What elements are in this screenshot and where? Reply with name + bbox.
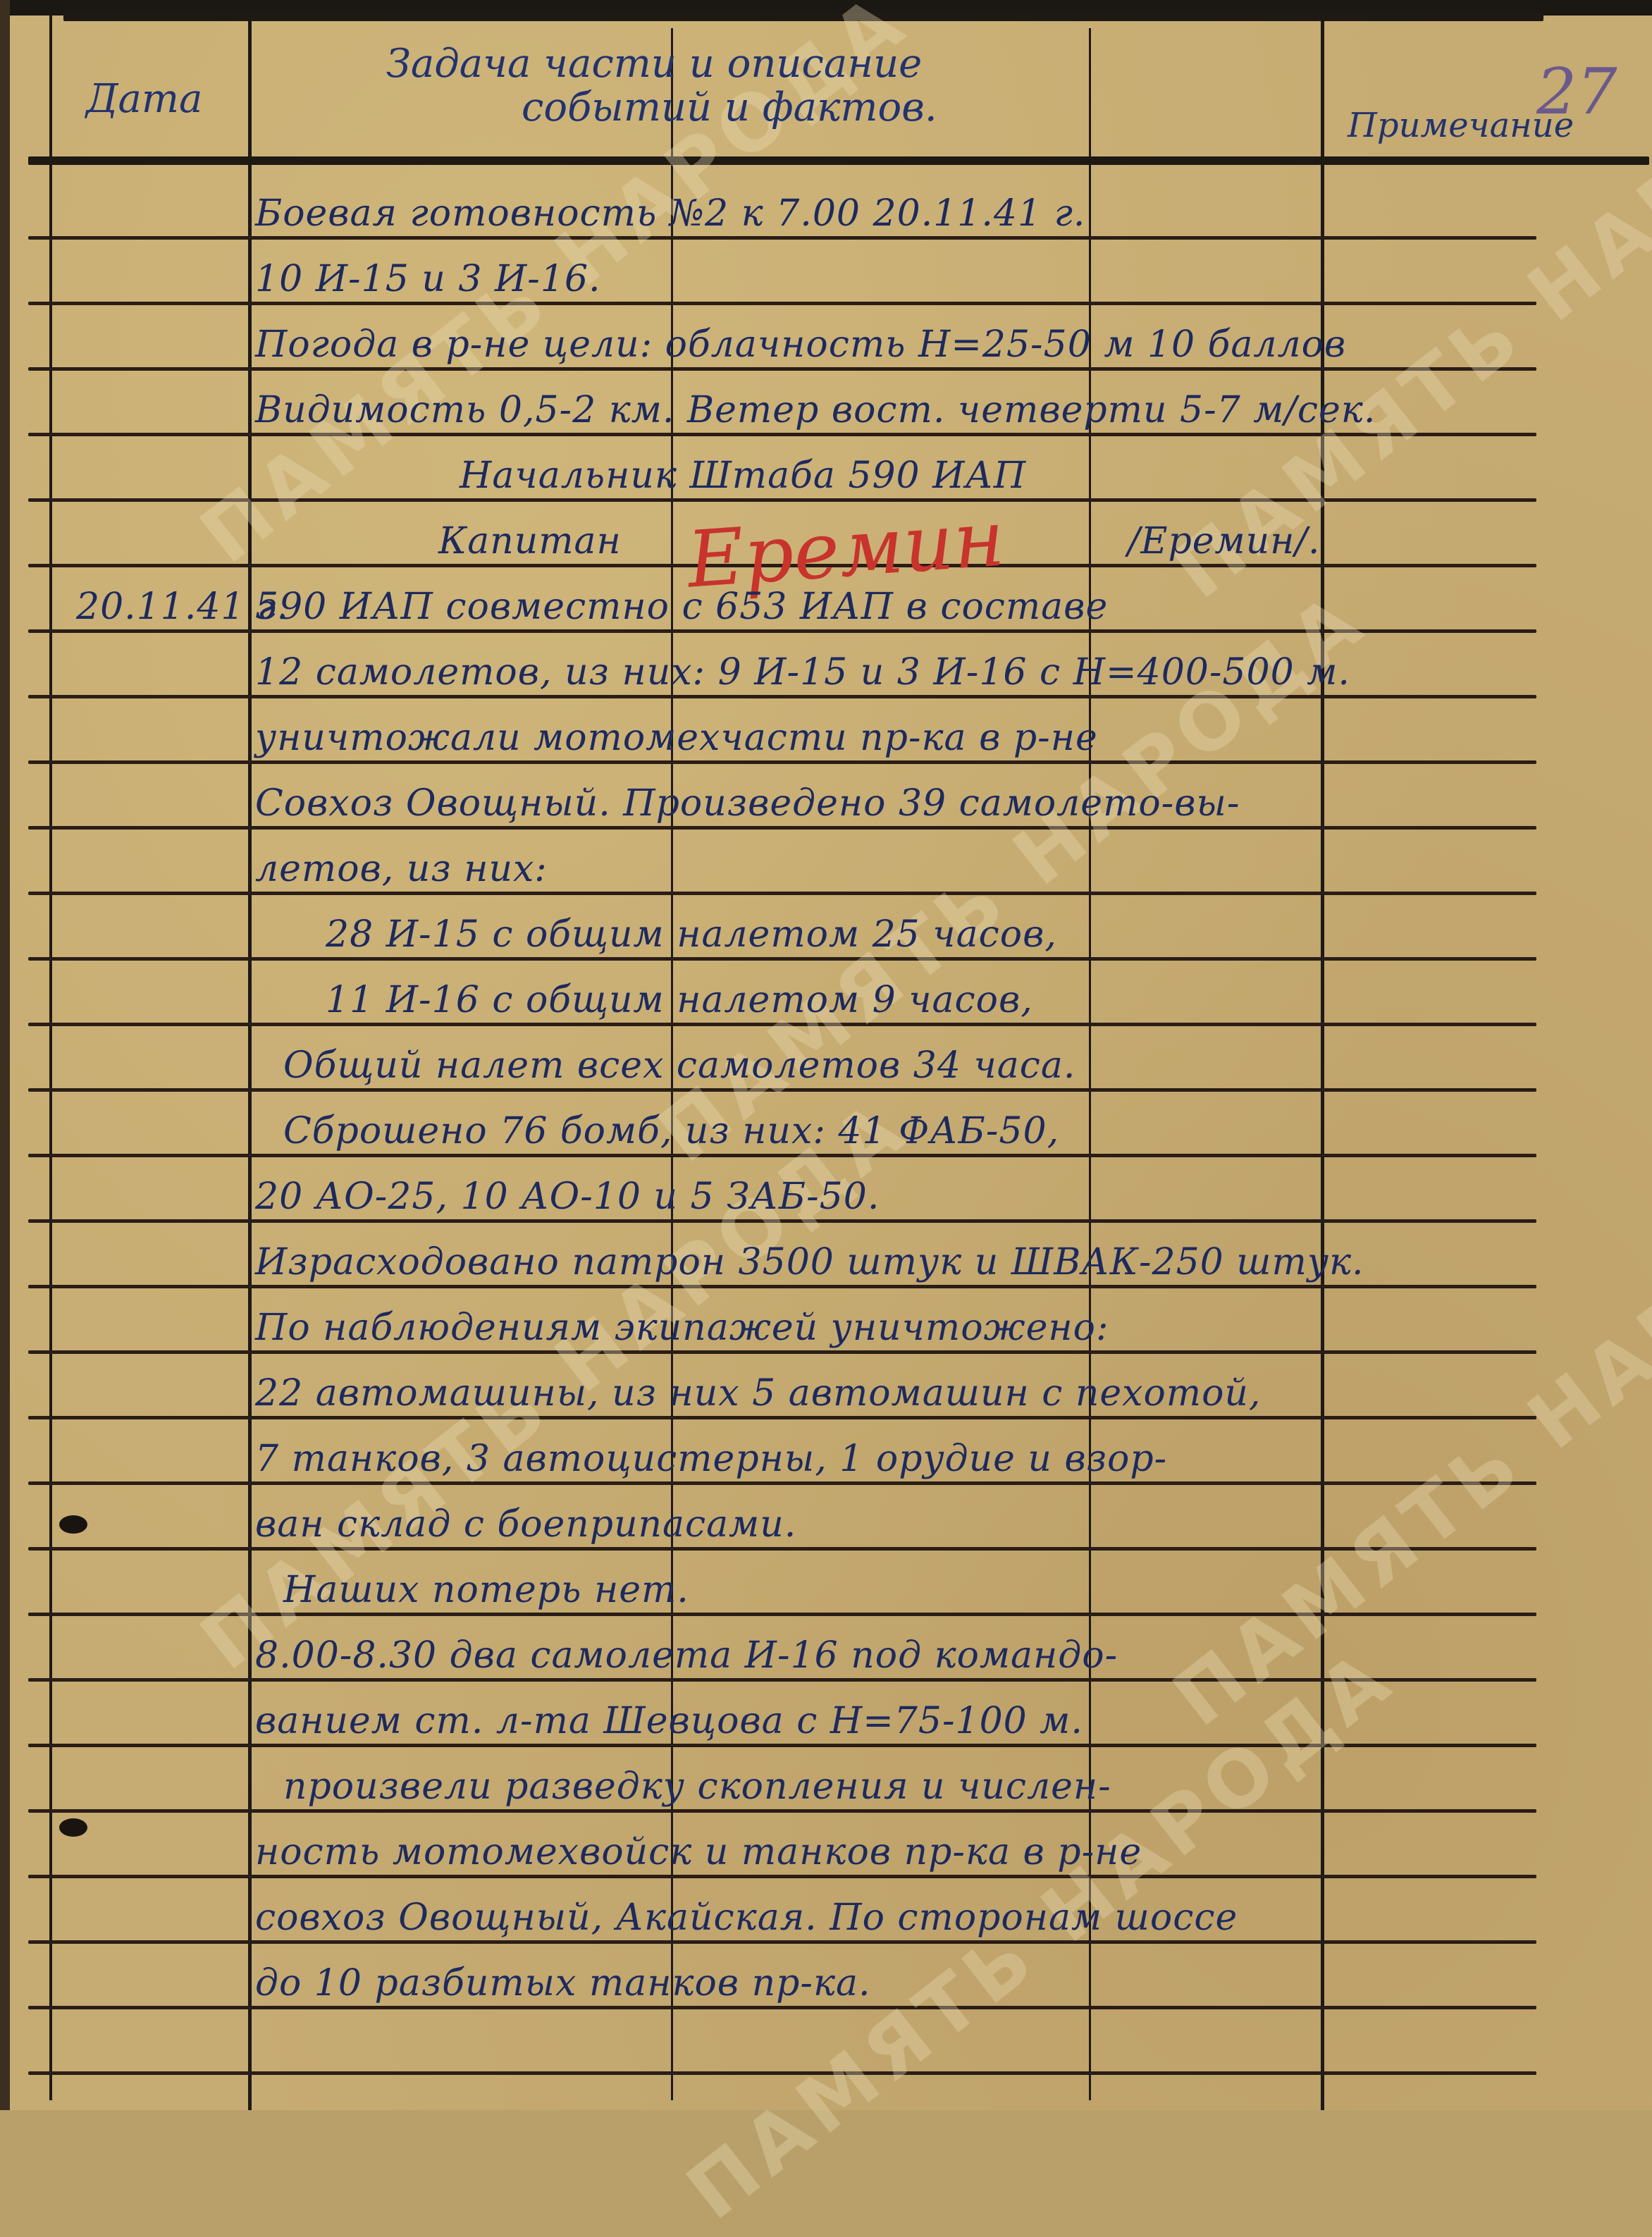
- ruled-line: [28, 1678, 1536, 1682]
- watermark: ПАМЯТЬ НАРОДА: [1157, 1138, 1652, 1744]
- ruled-line: [28, 1285, 1536, 1288]
- entry-text-line: до 10 разбитых танков пр-ка.: [255, 1962, 871, 2004]
- entry-text-line: 20 АО-25, 10 АО-10 и 5 ЗАБ-50.: [255, 1176, 880, 1218]
- entry-text-line: 12 самолетов, из них: 9 И-15 и 3 И-16 с …: [255, 651, 1350, 694]
- entry-text-line: Погода в р-не цели: облачность Н=25-50 м…: [255, 323, 1346, 366]
- entry-text-line: уничтожали мотомехчасти пр-ка в р-не: [255, 717, 1098, 759]
- ruled-line: [28, 367, 1536, 371]
- entry-text-line: Капитан: [438, 520, 622, 562]
- entry-text-line: совхоз Овощный, Акайская. По сторонам шо…: [255, 1897, 1238, 1939]
- ruled-line: [28, 1023, 1536, 1026]
- date-column-header: Дата: [86, 76, 202, 122]
- entry-text-line: Общий налет всех самолетов 34 часа.: [283, 1044, 1075, 1087]
- binding-hole: [59, 1515, 87, 1534]
- entry-text-line: Совхоз Овощный. Произведено 39 самолето-…: [255, 782, 1240, 825]
- entry-text-line: 7 танков, 3 автоцистерны, 1 орудие и взо…: [255, 1438, 1167, 1480]
- ruled-line: [28, 498, 1536, 502]
- ruled-line: [28, 236, 1536, 240]
- header-top-rule: [63, 13, 1543, 21]
- entry-text-line: 10 И-15 и 3 И-16.: [255, 258, 601, 300]
- entry-text-line: 8.00-8.30 два самолета И-16 под командо-: [255, 1634, 1118, 1677]
- margin-line: [49, 14, 52, 2100]
- ruled-line: [28, 1154, 1536, 1157]
- entry-text-line: Начальник Штаба 590 ИАП: [460, 455, 1026, 497]
- ruled-line: [28, 1481, 1536, 1485]
- ledger-page: ПАМЯТЬ НАРОДА ПАМЯТЬ НАРОДА ПАМЯТЬ НАРОД…: [0, 0, 1652, 2110]
- ruled-line: [28, 1613, 1536, 1616]
- entry-text-line: 22 автомашины, из них 5 автомашин с пехо…: [255, 1372, 1261, 1415]
- signer-name: /Еремин/.: [1128, 520, 1320, 562]
- date-column-divider: [248, 14, 252, 2110]
- ruled-line: [28, 1350, 1536, 1354]
- ruled-line: [28, 957, 1536, 961]
- entry-text-line: произвели разведку скопления и числен-: [283, 1765, 1111, 1808]
- entry-text-line: По наблюдениям экипажей уничтожено:: [255, 1307, 1109, 1349]
- entry-text-line: 28 И-15 с общим налетом 25 часов,: [326, 913, 1057, 956]
- entry-text-line: Израсходовано патрон 3500 штук и ШВАК-25…: [255, 1241, 1364, 1283]
- entry-text-line: летов, из них:: [255, 848, 548, 890]
- entry-text-line: 590 ИАП совместно с 653 ИАП в составе: [255, 586, 1108, 628]
- ruled-line: [28, 2071, 1536, 2075]
- ruled-line: [28, 302, 1536, 305]
- entry-text-line: Видимость 0,5-2 км. Ветер вост. четверти…: [255, 389, 1376, 431]
- ruled-line: [28, 433, 1536, 436]
- ruled-line: [28, 629, 1536, 633]
- ruled-line: [28, 1219, 1536, 1223]
- entry-text-line: ван склад с боеприпасами.: [255, 1503, 796, 1546]
- ruled-line: [28, 1416, 1536, 1419]
- entry-text-line: ванием ст. л-та Шевцова с Н=75-100 м.: [255, 1700, 1083, 1742]
- entry-text-line: Сброшено 76 бомб, из них: 41 ФАБ-50,: [283, 1110, 1059, 1152]
- ruled-line: [28, 695, 1536, 698]
- entry-text-line: 11 И-16 с общим налетом 9 часов,: [326, 979, 1033, 1021]
- page-number: 27: [1536, 55, 1617, 129]
- entry-text-line: Боевая готовность №2 к 7.00 20.11.41 г.: [255, 192, 1085, 235]
- ruled-line: [28, 1875, 1536, 1878]
- scan-left-edge: [0, 0, 10, 2110]
- ruled-line: [28, 1547, 1536, 1551]
- entry-text-line: Наших потерь нет.: [283, 1569, 689, 1611]
- ruled-line: [28, 826, 1536, 830]
- task-column-header-line1: Задача части и описание: [386, 41, 922, 87]
- header-bottom-rule: [28, 156, 1649, 165]
- ruled-line: [28, 2006, 1536, 2009]
- binding-hole: [59, 1818, 87, 1837]
- ruled-line: [28, 1744, 1536, 1747]
- ruled-line: [28, 1809, 1536, 1813]
- ruled-line: [28, 1088, 1536, 1092]
- entry-text-line: ность мотомехвойск и танков пр-ка в р-не: [255, 1831, 1142, 1873]
- ruled-line: [28, 892, 1536, 895]
- ruled-line: [28, 760, 1536, 764]
- task-column-header-line2: событий и фактов.: [522, 85, 937, 130]
- ruled-line: [28, 1940, 1536, 1944]
